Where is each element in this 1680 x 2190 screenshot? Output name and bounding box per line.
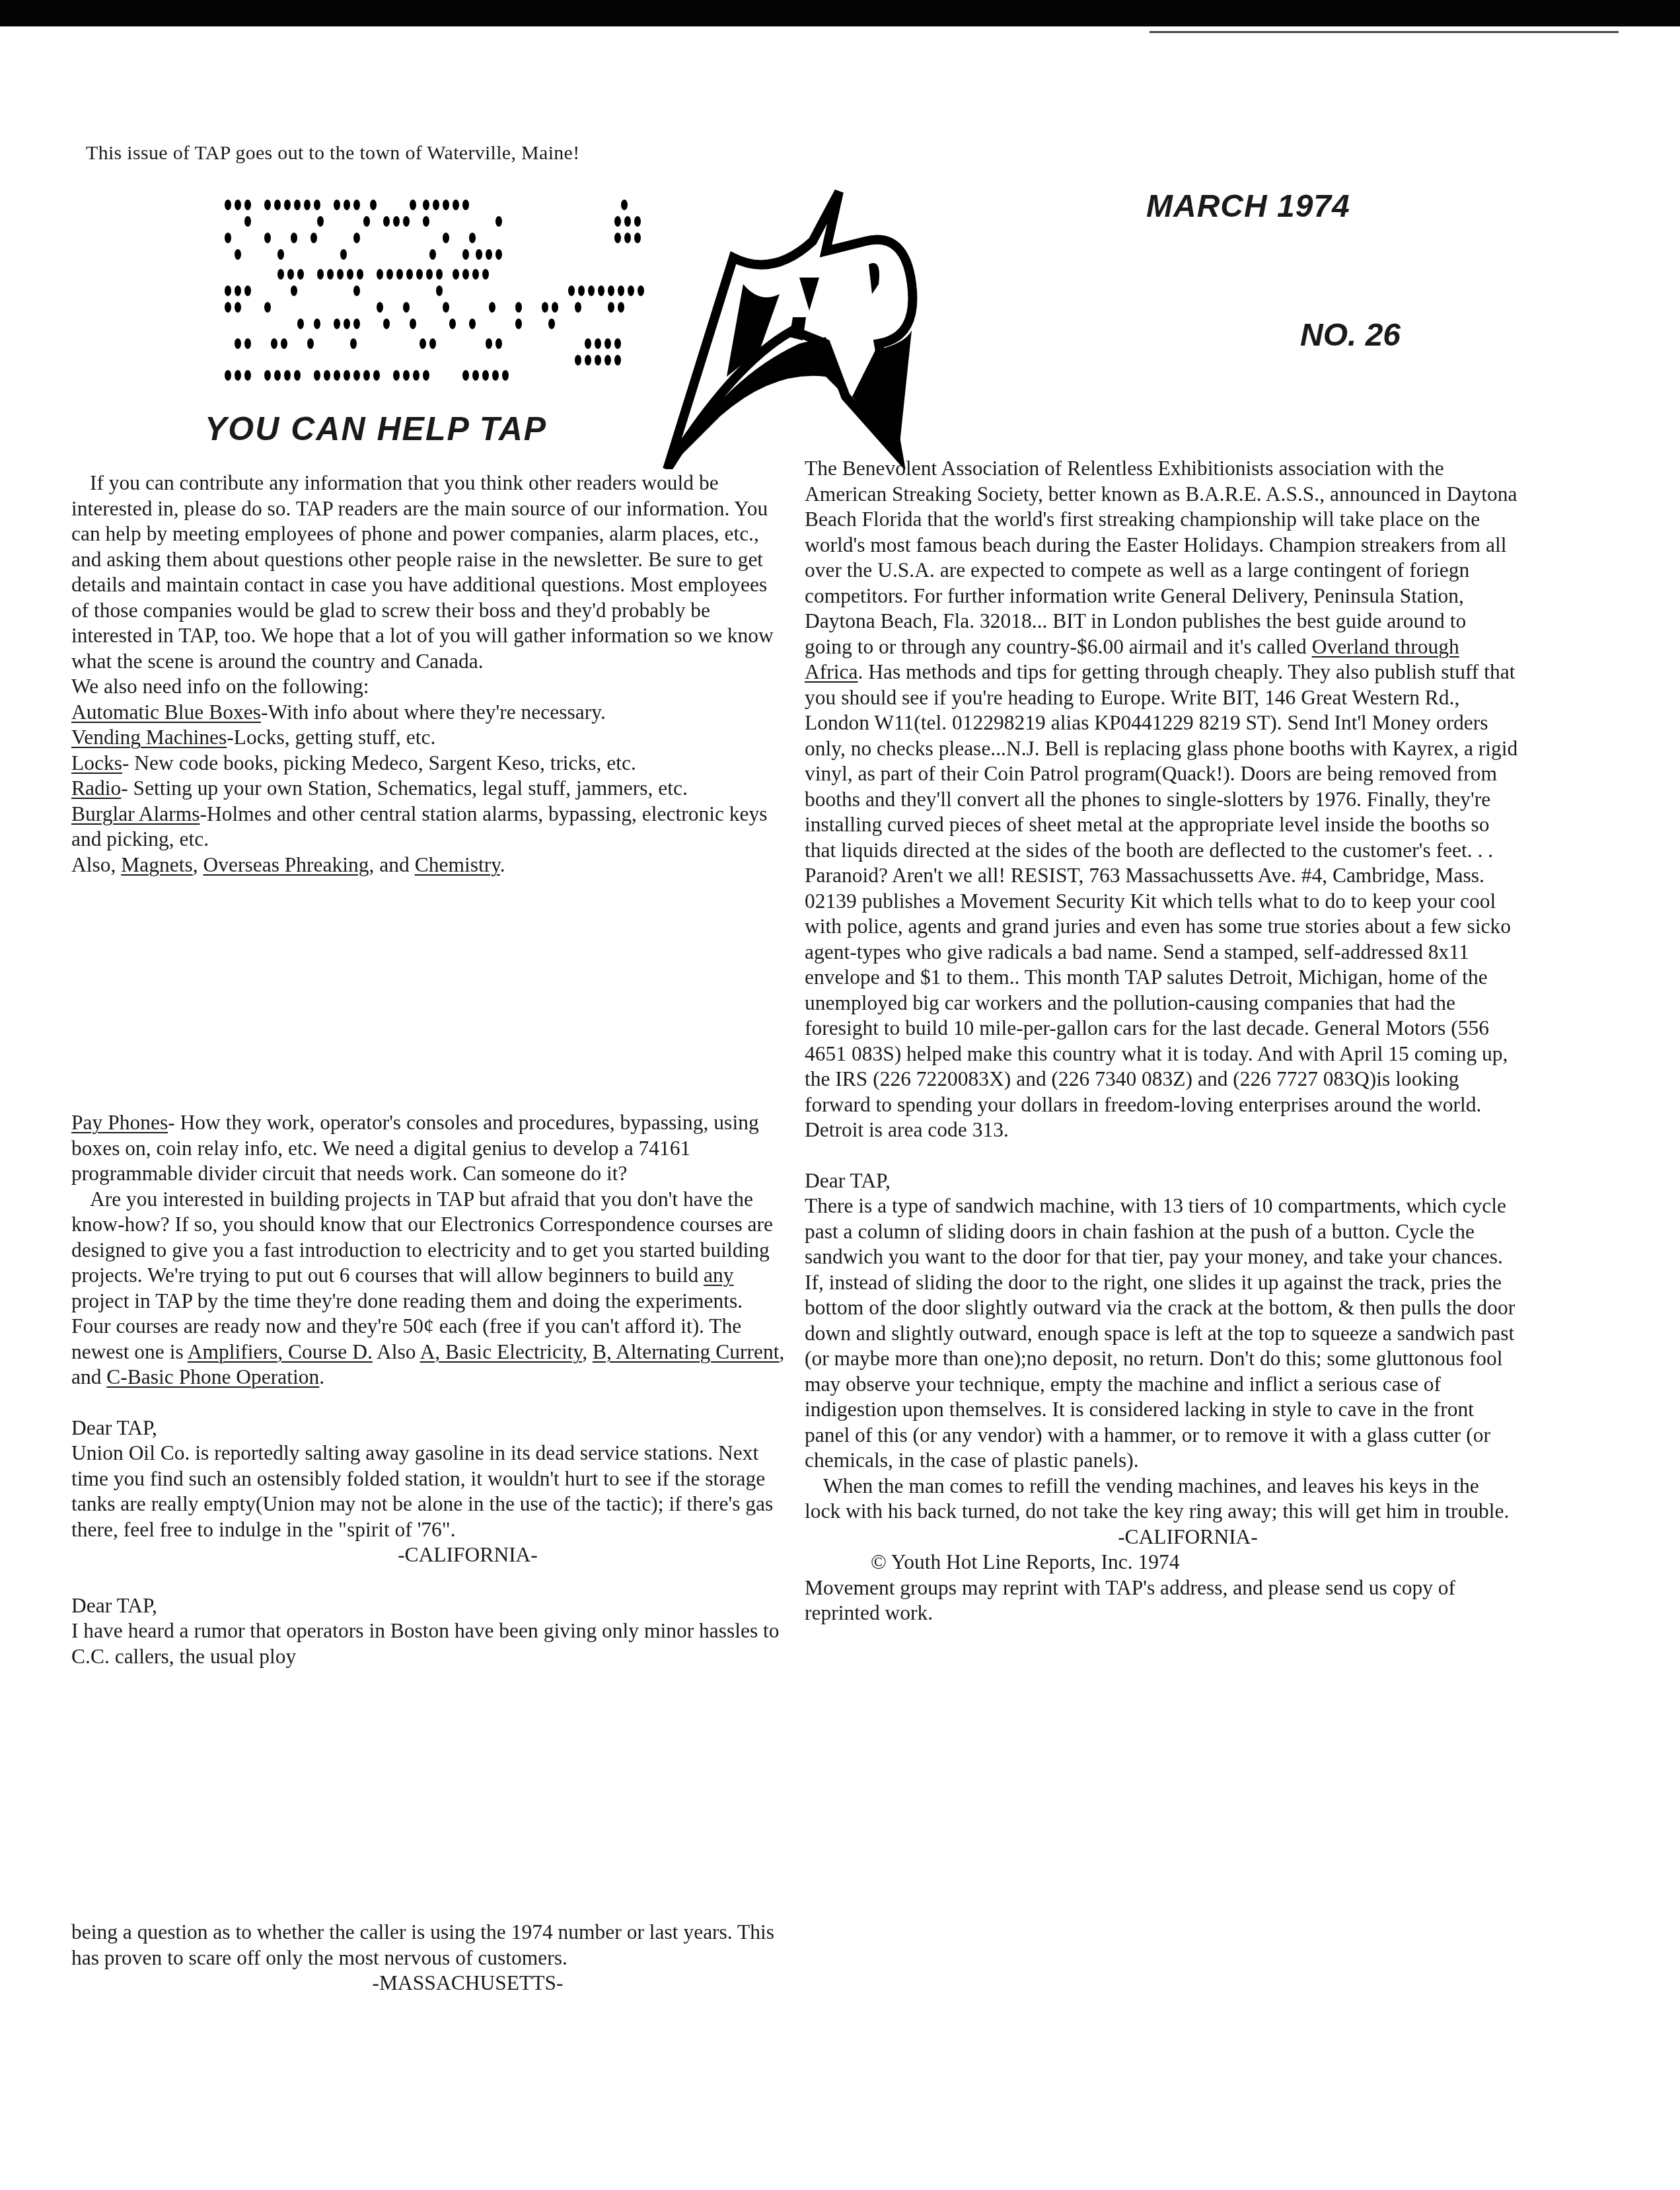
issue-number: NO. 26 <box>1300 317 1401 354</box>
letter-body: There is a type of sandwich machine, wit… <box>805 1193 1518 1474</box>
need-topic: Automatic Blue Boxes <box>71 700 261 724</box>
need-item: Vending Machines-Locks, getting stuff, e… <box>71 725 785 751</box>
need-topic: Locks <box>71 751 122 774</box>
need-topic: Radio <box>71 776 121 800</box>
need-item: Burglar Alarms-Holmes and other central … <box>71 802 785 852</box>
news-paragraph: The Benevolent Association of Relentless… <box>805 456 1518 1143</box>
copyright-notice: © Youth Hot Line Reports, Inc. 1974 <box>805 1550 1518 1575</box>
right-column: The Benevolent Association of Relentless… <box>805 456 1518 1626</box>
need-item: Radio- Setting up your own Station, Sche… <box>71 776 785 802</box>
letter-signature: -CALIFORNIA- <box>71 1542 785 1568</box>
letter-salutation: Dear TAP, <box>71 1416 785 1441</box>
courses-paragraph: Are you interested in building projects … <box>71 1187 785 1390</box>
scan-edge-bar <box>0 0 1680 26</box>
letter-body: Union Oil Co. is reportedly salting away… <box>71 1441 785 1542</box>
letter-salutation: Dear TAP, <box>805 1168 1518 1194</box>
distribution-notice: This issue of TAP goes out to the town o… <box>86 142 580 165</box>
tap-logo <box>628 178 1064 469</box>
letter-body: I have heard a rumor that operators in B… <box>71 1618 785 1669</box>
letter-signature: -MASSACHUSETTS- <box>71 1971 785 1996</box>
issue-date: MARCH 1974 <box>1146 188 1350 225</box>
reprint-notice: Movement groups may reprint with TAP's a… <box>805 1575 1518 1626</box>
intro-paragraph: If you can contribute any information th… <box>71 471 785 674</box>
pay-phones-item: Pay Phones- How they work, operator's co… <box>71 1110 785 1187</box>
punched-tape-graphic <box>221 198 671 383</box>
section-headline: YOU CAN HELP TAP <box>205 410 547 448</box>
letter-salutation: Dear TAP, <box>71 1593 785 1619</box>
needs-lead: We also need info on the following: <box>71 674 785 700</box>
letter-body: When the man comes to refill the vending… <box>805 1474 1518 1525</box>
scan-edge-line <box>1150 31 1619 33</box>
left-column-bottom: being a question as to whether the calle… <box>71 1920 785 1996</box>
need-topic: Burglar Alarms <box>71 802 200 825</box>
need-item: Automatic Blue Boxes-With info about whe… <box>71 700 785 726</box>
letter-signature: -CALIFORNIA- <box>805 1525 1518 1550</box>
left-column: If you can contribute any information th… <box>71 471 785 878</box>
letter-body-continued: being a question as to whether the calle… <box>71 1920 785 1971</box>
need-item: Locks- New code books, picking Medeco, S… <box>71 751 785 776</box>
need-topic: Vending Machines <box>71 726 227 749</box>
left-column-lower: Pay Phones- How they work, operator's co… <box>71 1110 785 1669</box>
also-needs: Also, Magnets, Overseas Phreaking, and C… <box>71 852 785 878</box>
